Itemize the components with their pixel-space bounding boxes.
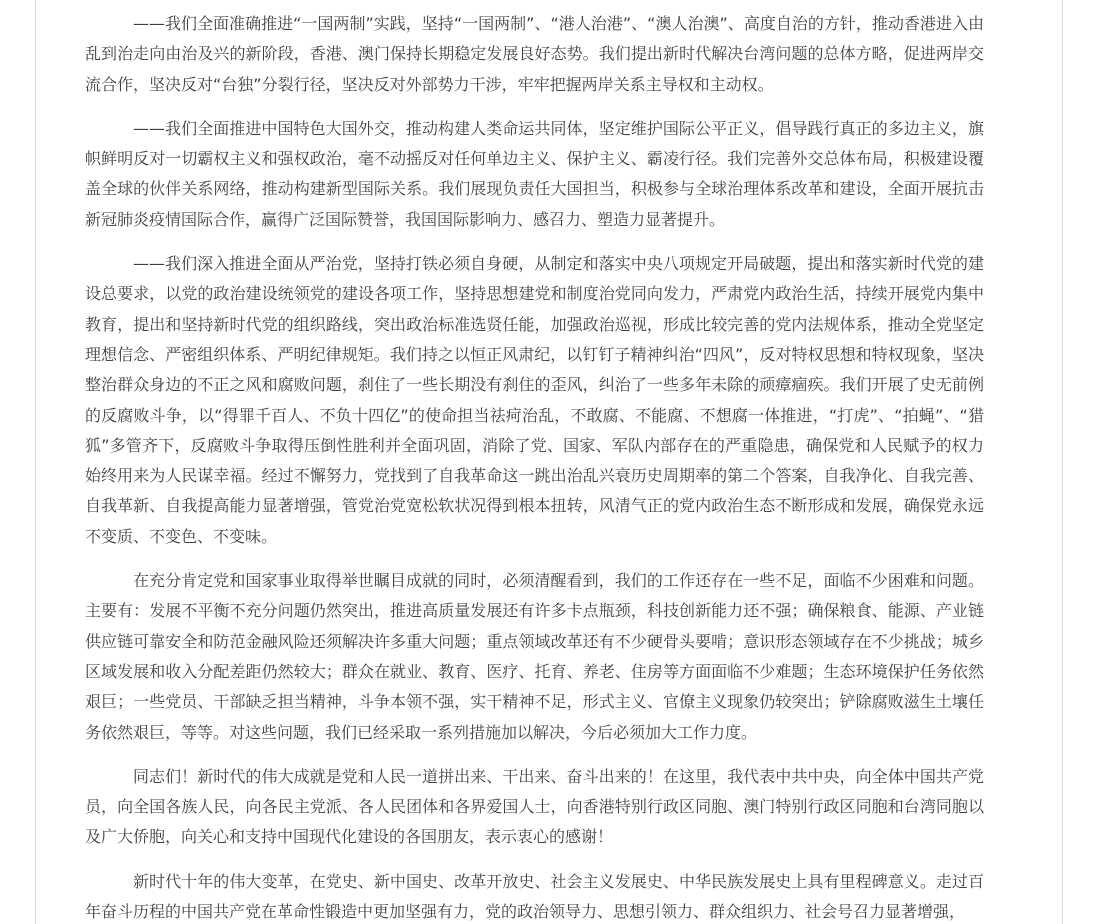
paragraph: 新时代十年的伟大变革，在党史、新中国史、改革开放史、社会主义发展史、中华民族发展…: [85, 867, 984, 924]
document-content: ——我们全面准确推进“一国两制”实践，坚持“一国两制”、“港人治港”、“澳人治澳…: [36, 0, 1062, 924]
document-page: ——我们全面准确推进“一国两制”实践，坚持“一国两制”、“港人治港”、“澳人治澳…: [35, 0, 1063, 924]
paragraph: ——我们全面准确推进“一国两制”实践，坚持“一国两制”、“港人治港”、“澳人治澳…: [85, 9, 984, 100]
paragraph: ——我们深入推进全面从严治党，坚持打铁必须自身硬，从制定和落实中央八项规定开局破…: [85, 249, 984, 552]
paragraph: 同志们！新时代的伟大成就是党和人民一道拼出来、干出来、奋斗出来的！在这里，我代表…: [85, 762, 984, 853]
paragraph: 在充分肯定党和国家事业取得举世瞩目成就的同时，必须清醒看到，我们的工作还存在一些…: [85, 566, 984, 748]
paragraph: ——我们全面推进中国特色大国外交，推动构建人类命运共同体，坚定维护国际公平正义，…: [85, 114, 984, 235]
